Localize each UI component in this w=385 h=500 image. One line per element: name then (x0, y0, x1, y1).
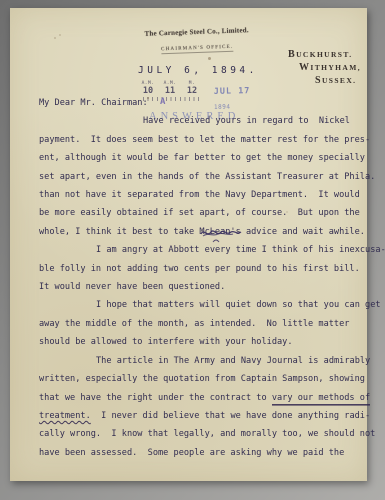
body-line: should be allowed to interfere with your… (39, 333, 379, 351)
company-office-stamp: The Carnegie Steel Co., Limited. CHAIRMA… (138, 26, 257, 56)
body-line: ble folly in not adding two cents per po… (39, 260, 379, 278)
salutation: My Dear Mr. Chairman: (39, 94, 379, 112)
paper-speck (59, 34, 61, 36)
scribble-strokes (199, 226, 249, 244)
letterhead-address: BUCKHURST. WITHYHAM, SUSSEX. (288, 48, 378, 87)
paper-speck (286, 211, 288, 213)
letter-paper: The Carnegie Steel Co., Limited. CHAIRMA… (10, 8, 367, 481)
address-line-buckhurst: BUCKHURST. (288, 48, 378, 61)
body-line: ent, although it would be far better to … (39, 149, 379, 167)
company-stamp-office: CHAIRMAN'S OFFICE. (161, 45, 233, 55)
pen-underlined-text: treatment. (39, 411, 91, 421)
address-line-sussex: SUSSEX. (315, 74, 378, 87)
address-line-withyham: WITHYHAM, (299, 61, 378, 74)
body-line-with-underline: treatment. I never did believe that we h… (39, 407, 379, 425)
body-line: It would never have been questioned. (39, 278, 379, 296)
pen-underlined-text: vary our methods of (272, 393, 370, 404)
body-line: Have received yours in regard to Nickel (39, 112, 379, 130)
body-line-text: that we have the right under the contrac… (39, 393, 272, 403)
paper-speck (147, 97, 149, 99)
body-line: The article in The Army and Navy Journal… (39, 352, 379, 370)
scanned-letter-view: The Carnegie Steel Co., Limited. CHAIRMA… (0, 0, 385, 500)
body-line: be more easily obtained if set apart, of… (39, 204, 379, 222)
body-line: away the middle of the month, as intende… (39, 315, 379, 333)
body-line: cally wrong. I know that legally, and mo… (39, 425, 379, 443)
body-line-text: I never did believe that we have done an… (91, 411, 370, 421)
body-line-with-underline: that we have the right under the contrac… (39, 389, 379, 407)
body-line: written, especially the quotation from C… (39, 370, 379, 388)
body-line: set apart, even in the hands of the Assi… (39, 168, 379, 186)
paper-speck (54, 37, 56, 39)
letter-body: My Dear Mr. Chairman: Have received your… (39, 94, 379, 462)
body-line: I hope that matters will quiet down so t… (39, 296, 379, 314)
body-line: than not have it separated from the Navy… (39, 186, 379, 204)
body-line: have been assessed. Some people are aski… (39, 444, 379, 462)
paper-speck (208, 57, 211, 60)
handwritten-scribble (199, 226, 249, 248)
body-line: payment. It does seem best to let the ma… (39, 131, 379, 149)
